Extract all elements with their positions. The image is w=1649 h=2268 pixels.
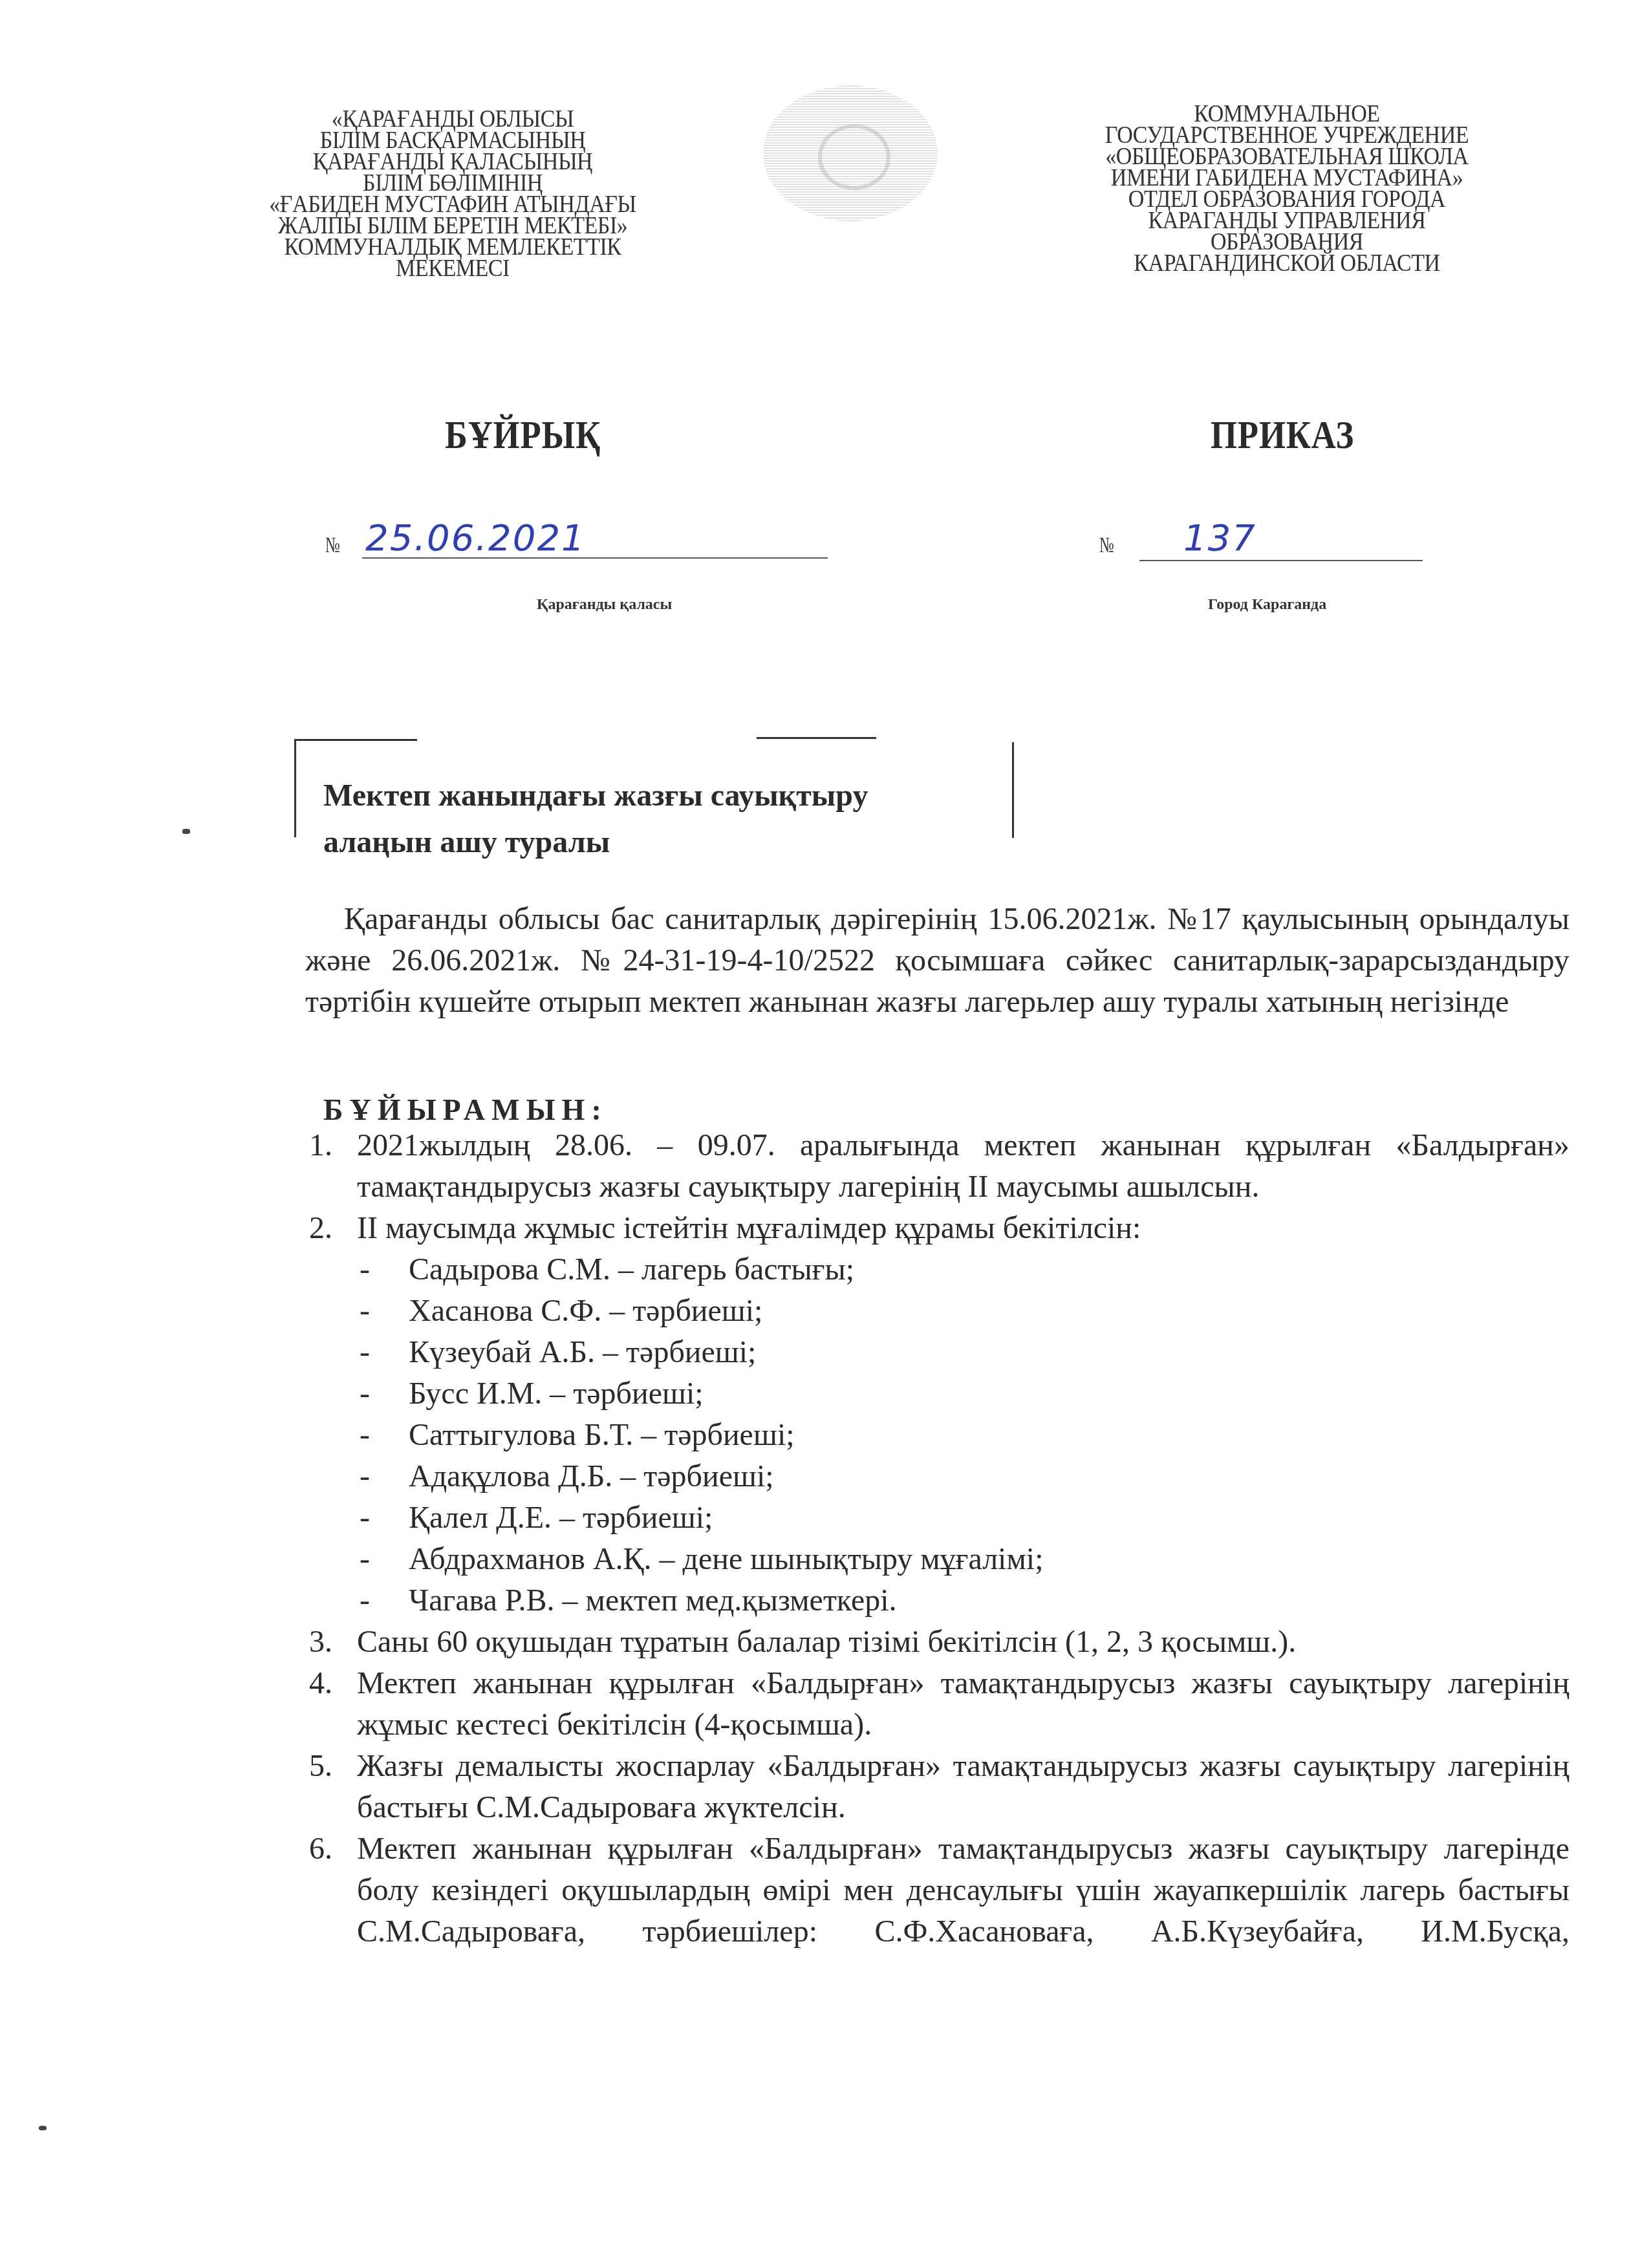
item-number: 1. bbox=[309, 1125, 332, 1166]
bracket-left bbox=[294, 740, 296, 837]
item-text: Жазғы демалысты жоспарлау «Балдырған» та… bbox=[357, 1749, 1569, 1824]
item-text: Мектеп жанынан құрылған «Балдырған» тама… bbox=[357, 1832, 1569, 1949]
emblem-center-icon bbox=[818, 124, 890, 190]
header-line: КАРАГАНДИНСКОЙ ОБЛАСТИ bbox=[1043, 253, 1531, 274]
institution-name-kz: «ҚАРАҒАНДЫ ОБЛЫСЫ БІЛІМ БАСҚАРМАСЫНЫҢ ҚА… bbox=[209, 109, 696, 279]
item-text: Мектеп жанынан құрылған «Балдырған» тама… bbox=[357, 1666, 1569, 1742]
item-text: ІІ маусымда жұмыс істейтін мұғалімдер құ… bbox=[357, 1211, 1141, 1245]
staff-item: -Қалел Д.Е. – тәрбиеші; bbox=[357, 1497, 1569, 1539]
item-text: Саны 60 оқушыдан тұратын балалар тізімі … bbox=[357, 1625, 1296, 1659]
subject-line-1: Мектеп жанындағы жазғы сауықтыру bbox=[323, 773, 1061, 819]
item-number: 3. bbox=[309, 1621, 332, 1663]
staff-item: -Саттыгулова Б.Т. – тәрбиеші; bbox=[357, 1415, 1569, 1456]
staff-item: -Күзеубай А.Б. – тәрбиеші; bbox=[357, 1332, 1569, 1373]
handwritten-order-number: 137 bbox=[1183, 517, 1256, 559]
staff-item: -Бусс И.М. – тәрбиеші; bbox=[357, 1373, 1569, 1415]
header-line: МЕКЕМЕСІ bbox=[209, 258, 696, 279]
staff-item: -Чагава Р.В. – мектеп мед.қызметкері. bbox=[357, 1580, 1569, 1621]
order-items-list: 1. 2021жылдың 28.06. – 09.07. аралығында… bbox=[305, 1125, 1569, 1952]
city-kz: Қарағанды қаласы bbox=[537, 596, 672, 614]
document-title-ru: ПРИКАЗ bbox=[1211, 412, 1354, 458]
item-number: 4. bbox=[309, 1663, 332, 1704]
state-emblem-icon bbox=[763, 85, 938, 221]
item-text: 2021жылдың 28.06. – 09.07. аралығында ме… bbox=[357, 1128, 1569, 1204]
number-underline bbox=[1139, 560, 1423, 561]
handwritten-date: 25.06.2021 bbox=[365, 517, 586, 559]
staff-list: -Садырова С.М. – лагерь бастығы; -Хасано… bbox=[357, 1249, 1569, 1621]
order-item-1: 1. 2021жылдың 28.06. – 09.07. аралығында… bbox=[305, 1125, 1569, 1208]
staff-item: -Адақұлова Д.Б. – тәрбиеші; bbox=[357, 1456, 1569, 1497]
scan-speck bbox=[182, 829, 190, 834]
number-sign-left: № bbox=[325, 533, 340, 558]
preamble-paragraph: Қарағанды облысы бас санитарлық дәрігері… bbox=[305, 899, 1569, 1023]
order-heading: БҰЙЫРАМЫН: bbox=[323, 1093, 608, 1127]
order-item-6: 6. Мектеп жанынан құрылған «Балдырған» т… bbox=[305, 1828, 1569, 1952]
staff-item: -Хасанова С.Ф. – тәрбиеші; bbox=[357, 1290, 1569, 1332]
item-number: 5. bbox=[309, 1746, 332, 1787]
document-subject: Мектеп жанындағы жазғы сауықтыру алаңын … bbox=[323, 773, 1061, 866]
institution-name-ru: КОММУНАЛЬНОЕ ГОСУДАРСТВЕННОЕ УЧРЕЖДЕНИЕ … bbox=[1043, 103, 1531, 274]
bracket-top-left bbox=[294, 739, 417, 741]
subject-line-2: алаңын ашу туралы bbox=[323, 819, 1061, 866]
date-underline bbox=[362, 557, 828, 559]
order-item-5: 5. Жазғы демалысты жоспарлау «Балдырған»… bbox=[305, 1746, 1569, 1828]
scan-speck bbox=[39, 2126, 47, 2130]
staff-item: -Абдрахманов А.Қ. – дене шынықтыру мұғал… bbox=[357, 1539, 1569, 1580]
document-title-kz: БҰЙРЫҚ bbox=[445, 412, 601, 458]
order-item-3: 3. Саны 60 оқушыдан тұратын балалар тізі… bbox=[305, 1621, 1569, 1663]
city-ru: Город Караганда bbox=[1208, 596, 1326, 614]
item-number: 2. bbox=[309, 1208, 332, 1249]
order-item-4: 4. Мектеп жанынан құрылған «Балдырған» т… bbox=[305, 1663, 1569, 1746]
item-number: 6. bbox=[309, 1828, 332, 1870]
number-sign-right: № bbox=[1099, 533, 1114, 558]
staff-item: -Садырова С.М. – лагерь бастығы; bbox=[357, 1249, 1569, 1290]
bracket-top-right bbox=[757, 737, 876, 739]
order-item-2: 2. ІІ маусымда жұмыс істейтін мұғалімдер… bbox=[305, 1208, 1569, 1621]
